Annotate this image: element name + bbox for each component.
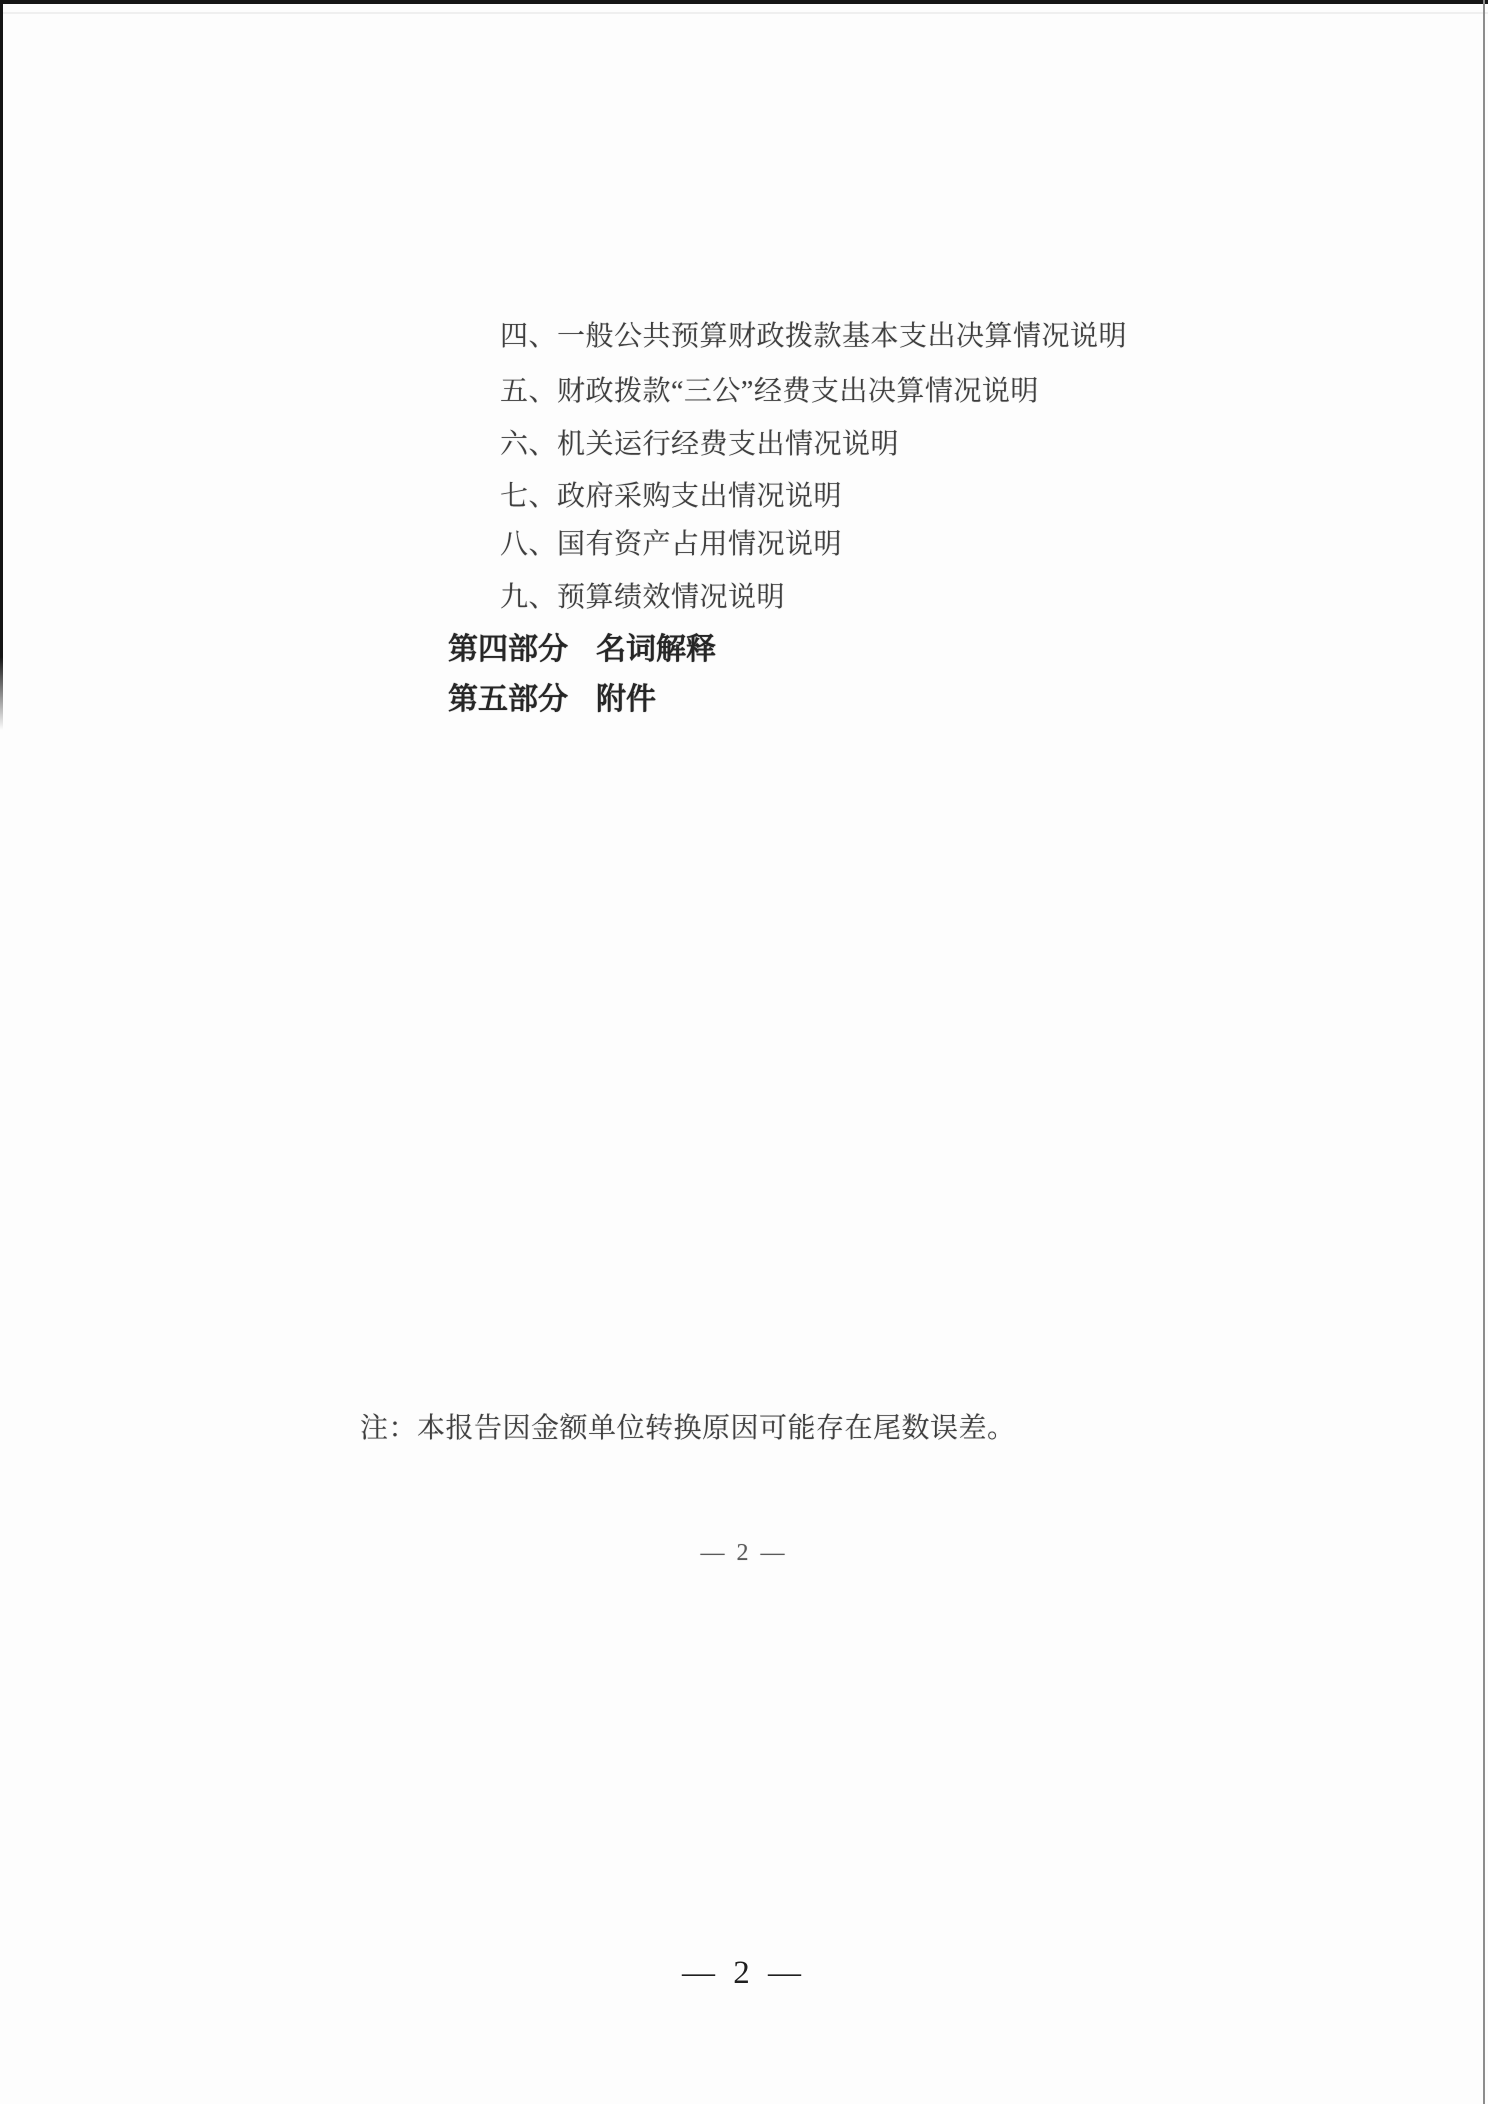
toc-item-6: 六、机关运行经费支出情况说明: [500, 431, 899, 459]
scan-artifact-right-line: [1483, 0, 1485, 2104]
section-title-label: 附件: [596, 683, 656, 716]
toc-item-4: 四、一般公共预算财政拨款基本支出决算情况说明: [500, 323, 1127, 351]
toc-item-5: 五、财政拨款“三公”经费支出决算情况说明: [500, 378, 1039, 406]
footnote: 注：本报告因金额单位转换原因可能存在尾数误差。: [360, 1415, 1016, 1443]
section-part-label: 第四部分: [448, 633, 568, 666]
toc-section-part5: 第五部分附件: [448, 685, 656, 715]
page-number-bottom: — 2 —: [0, 1955, 1488, 1992]
page-number-middle: — 2 —: [0, 1540, 1488, 1567]
section-part-label: 第五部分: [448, 683, 568, 716]
toc-item-7: 七、政府采购支出情况说明: [500, 483, 842, 511]
scanned-page: 四、一般公共预算财政拨款基本支出决算情况说明 五、财政拨款“三公”经费支出决算情…: [0, 0, 1488, 2104]
scan-artifact-left-edge: [0, 0, 3, 730]
toc-item-9: 九、预算绩效情况说明: [500, 584, 785, 612]
toc-section-part4: 第四部分名词解释: [448, 635, 716, 665]
section-title-label: 名词解释: [596, 633, 716, 666]
toc-item-8: 八、国有资产占用情况说明: [500, 531, 842, 559]
scan-artifact-top-faint-line: [0, 12, 1488, 14]
scan-artifact-top-edge: [0, 0, 1488, 4]
